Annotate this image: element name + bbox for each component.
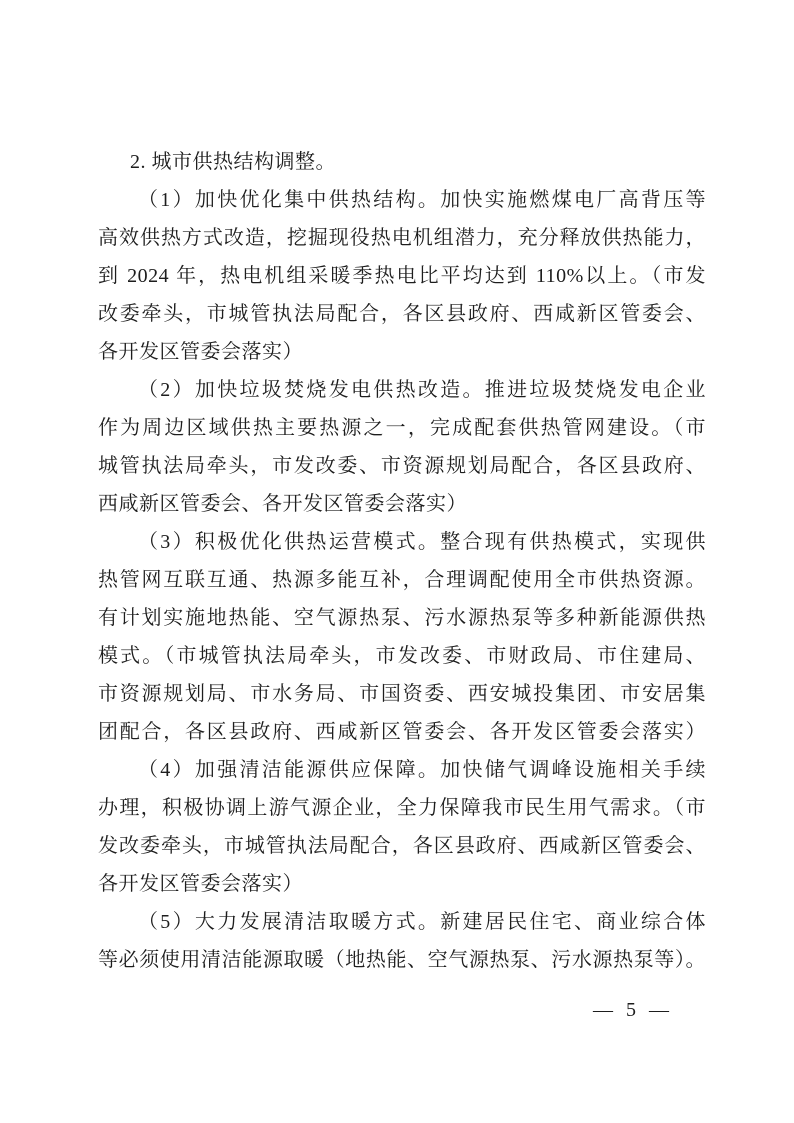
- text-line: 高效供热方式改造，挖掘现役热电机组潜力，充分释放供热能力，: [98, 219, 706, 257]
- text-line: （1）加快优化集中供热结构。加快实施燃煤电厂高背压等: [98, 181, 706, 219]
- section-heading: 2. 城市供热结构调整。: [98, 143, 706, 181]
- document-page: 2. 城市供热结构调整。 （1）加快优化集中供热结构。加快实施燃煤电厂高背压等 …: [0, 0, 794, 1123]
- paragraph-3: （3）积极优化供热运营模式。整合现有供热模式，实现供 热管网互联互通、热源多能互…: [98, 523, 706, 751]
- text-line: 各开发区管委会落实）: [98, 865, 706, 903]
- paragraph-5: （5）大力发展清洁取暖方式。新建居民住宅、商业综合体 等必须使用清洁能源取暖（地…: [98, 903, 706, 979]
- text-line: 有计划实施地热能、空气源热泵、污水源热泵等多种新能源供热: [98, 599, 706, 637]
- paragraph-1: （1）加快优化集中供热结构。加快实施燃煤电厂高背压等 高效供热方式改造，挖掘现役…: [98, 181, 706, 371]
- text-line: 作为周边区域供热主要热源之一，完成配套供热管网建设。（市: [98, 409, 706, 447]
- text-line: （5）大力发展清洁取暖方式。新建居民住宅、商业综合体: [98, 903, 706, 941]
- text-line: 等必须使用清洁能源取暖（地热能、空气源热泵、污水源热泵等）。: [98, 941, 706, 979]
- text-line: 各开发区管委会落实）: [98, 333, 706, 371]
- text-line: （4）加强清洁能源供应保障。加快储气调峰设施相关手续: [98, 751, 706, 789]
- text-line: （2）加快垃圾焚烧发电供热改造。推进垃圾焚烧发电企业: [98, 371, 706, 409]
- text-line: 团配合，各区县政府、西咸新区管委会、各开发区管委会落实）: [98, 713, 706, 751]
- text-line: 模式。（市城管执法局牵头，市发改委、市财政局、市住建局、: [98, 637, 706, 675]
- text-line: 热管网互联互通、热源多能互补，合理调配使用全市供热资源。: [98, 561, 706, 599]
- text-line: 办理，积极协调上游气源企业，全力保障我市民生用气需求。（市: [98, 789, 706, 827]
- text-line: 发改委牵头，市城管执法局配合，各区县政府、西咸新区管委会、: [98, 827, 706, 865]
- text-line: 市资源规划局、市水务局、市国资委、西安城投集团、市安居集: [98, 675, 706, 713]
- paragraph-4: （4）加强清洁能源供应保障。加快储气调峰设施相关手续 办理，积极协调上游气源企业…: [98, 751, 706, 903]
- text-line: （3）积极优化供热运营模式。整合现有供热模式，实现供: [98, 523, 706, 561]
- text-line: 西咸新区管委会、各开发区管委会落实）: [98, 485, 706, 523]
- text-line: 城管执法局牵头，市发改委、市资源规划局配合，各区县政府、: [98, 447, 706, 485]
- page-number: — 5 —: [593, 996, 670, 1024]
- text-line: 改委牵头，市城管执法局配合，各区县政府、西咸新区管委会、: [98, 295, 706, 333]
- paragraph-2: （2）加快垃圾焚烧发电供热改造。推进垃圾焚烧发电企业 作为周边区域供热主要热源之…: [98, 371, 706, 523]
- text-line: 到 2024 年，热电机组采暖季热电比平均达到 110%以上。（市发: [98, 257, 706, 295]
